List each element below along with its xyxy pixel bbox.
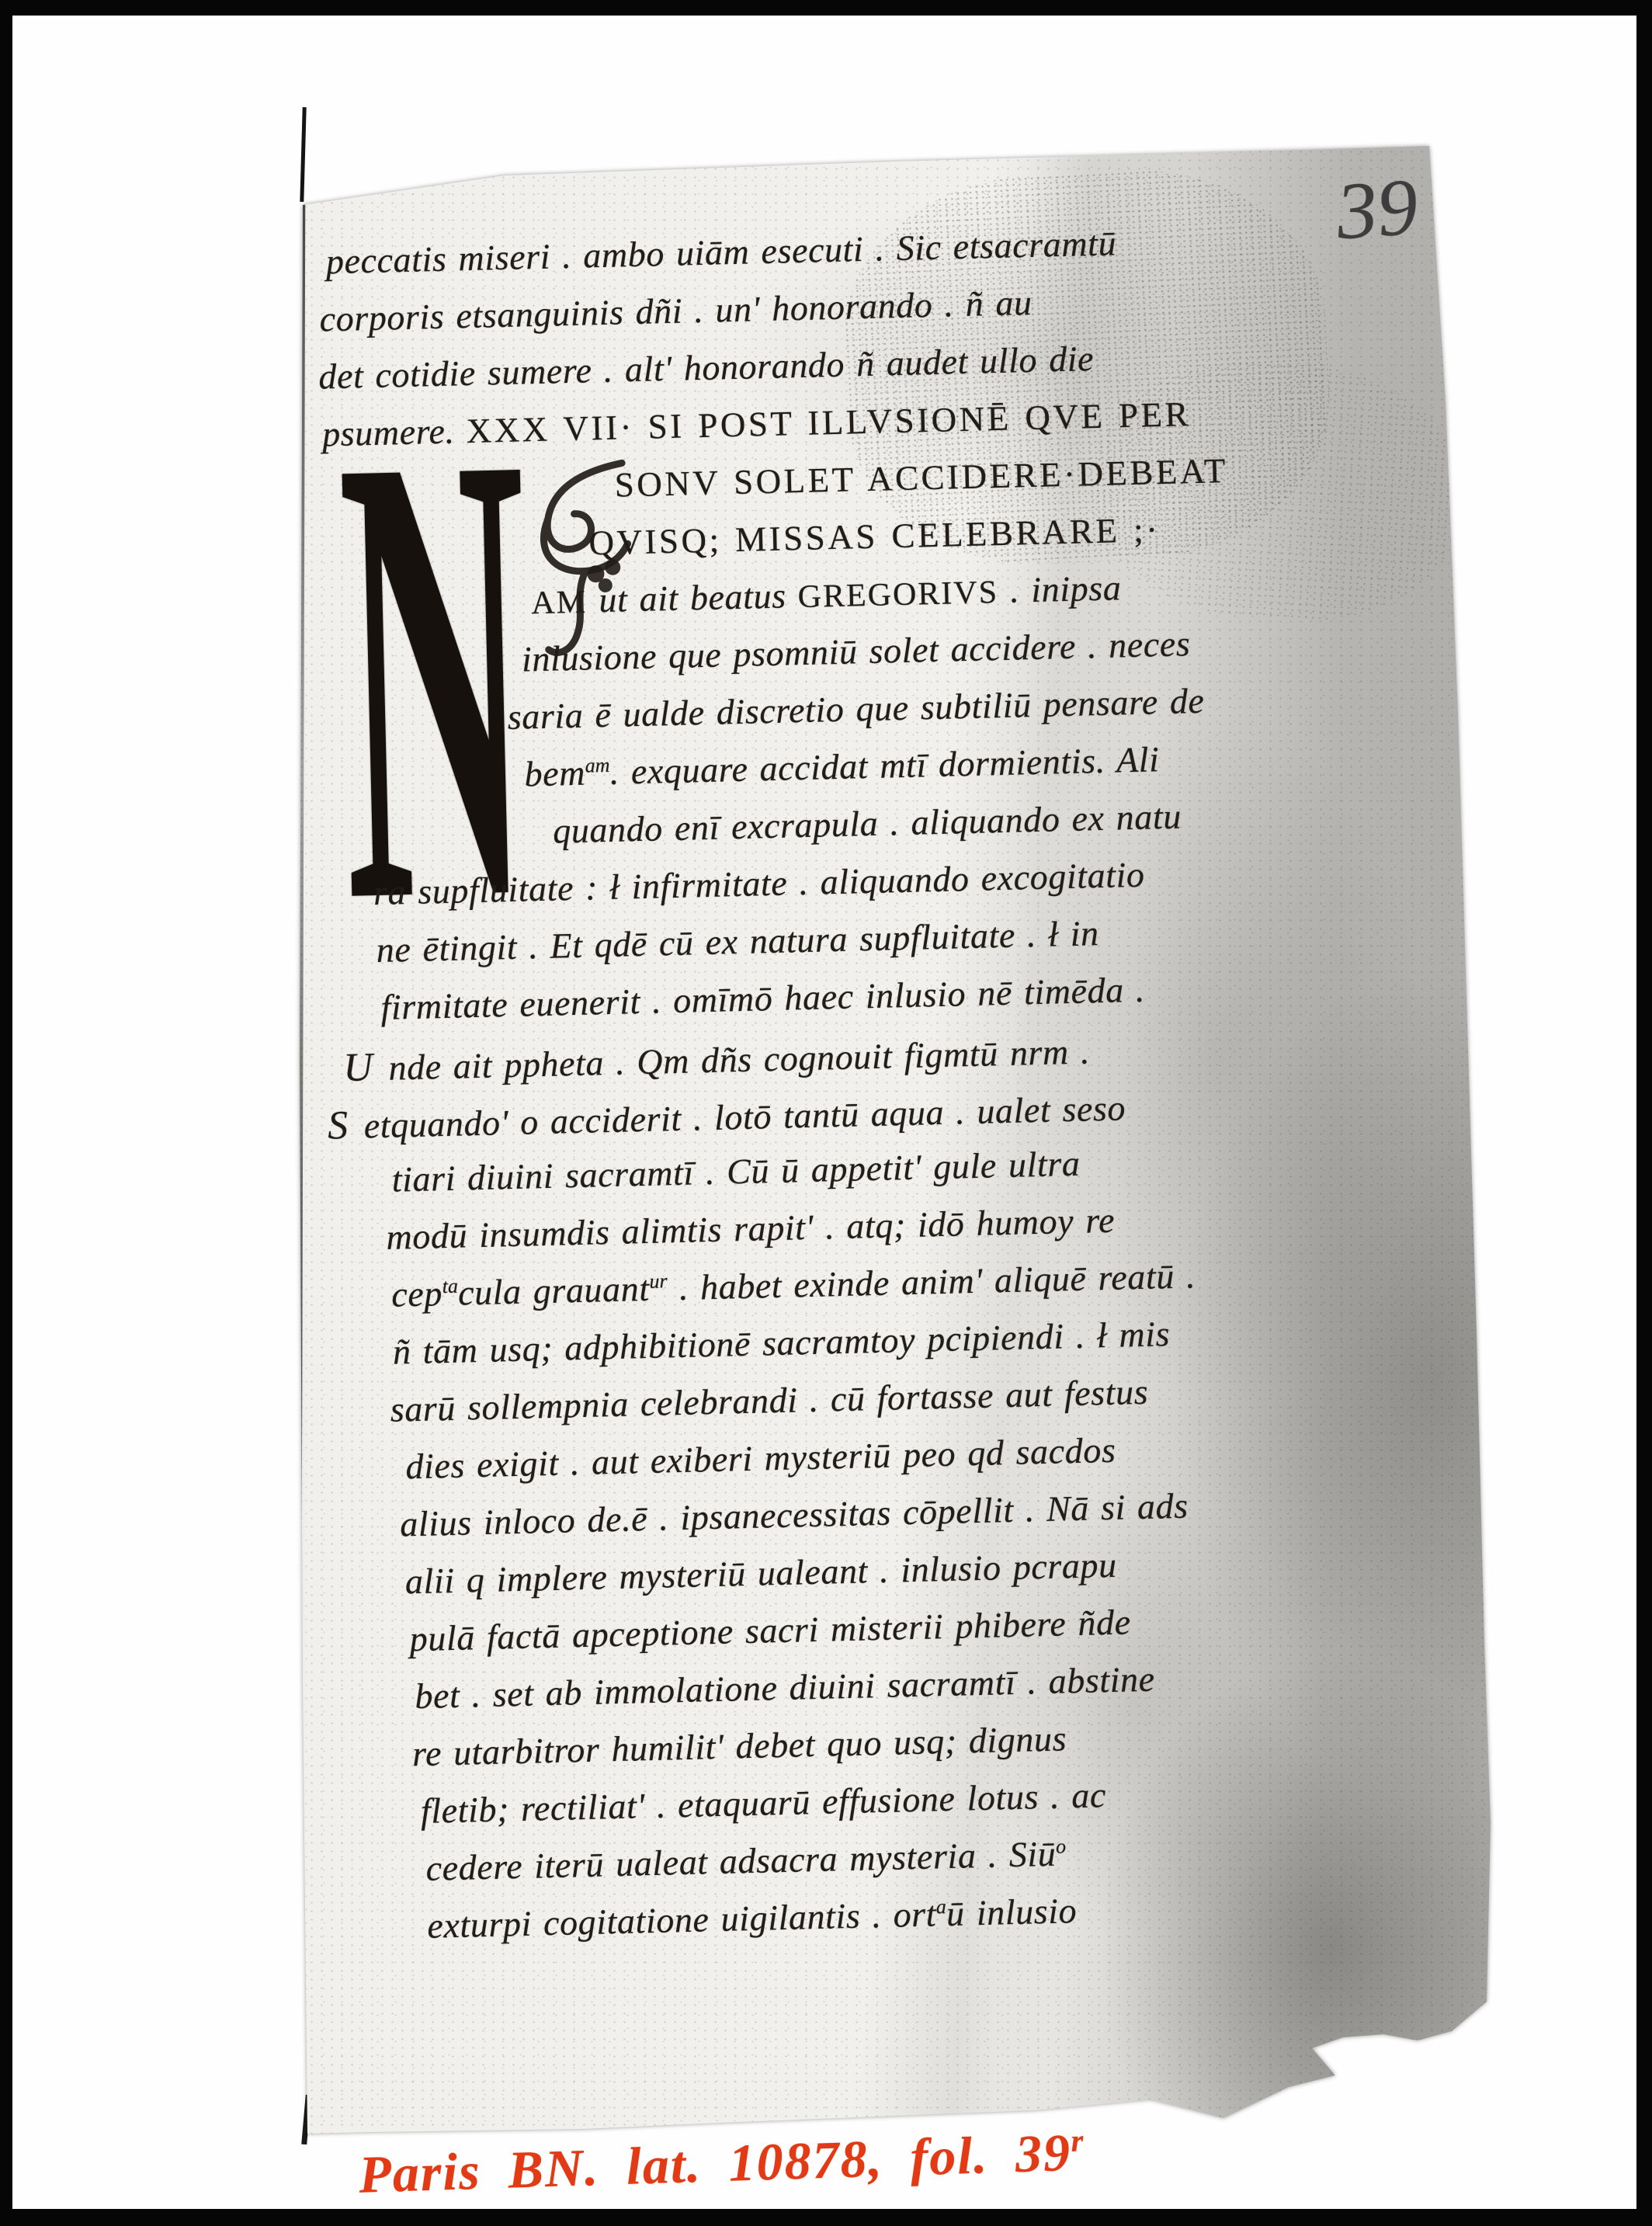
text-segment: exturpi cogitatione uigilantis . ort [427, 1894, 937, 1945]
manuscript-line-2: corporis etsanguinis dñi . un' honorando… [319, 285, 1032, 338]
scanned-photo: 39 N peccatis miseri . ambo u [0, 0, 1652, 2226]
text-segment: corporis etsanguinis dñi . un' honorando… [319, 283, 1032, 339]
manuscript-line-22: dies exigit . aut exiberi mysteriū peo q… [405, 1432, 1116, 1485]
manuscript-line-25: pulā factā apceptione sacri misterii phi… [409, 1604, 1131, 1657]
manuscript-line-26: bet . set ab immolatione diuini sacramtī… [415, 1662, 1155, 1714]
text-segment: am [585, 754, 609, 777]
manuscript-page-wrap: 39 N peccatis miseri . ambo u [256, 130, 1508, 2149]
text-segment: . exquare accidat mtī dormientis. Ali [609, 739, 1160, 792]
text-segment: cep [391, 1273, 443, 1314]
manuscript-line-15: Unde ait ppheta . Qm dñs cognouit figmtū… [343, 1030, 1091, 1089]
text-segment: . habet exinde anim' aliquē reatū . [667, 1255, 1196, 1307]
text-segment: SONV SOLET ACCIDERE·DEBEAT [614, 451, 1228, 505]
manuscript-line-11: quando enī excrapula . aliquando ex natu [553, 799, 1182, 849]
manuscript-line-20: ñ tām usq; adphibitionē sacramtoy pcipie… [392, 1316, 1170, 1370]
text-segment: etquando' o acciderit . lotō tantū aqua … [363, 1088, 1126, 1145]
manuscript-line-21: sarū sollempnia celebrandi . cū fortasse… [390, 1374, 1148, 1428]
text-segment: bet . set ab immolatione diuini sacramtī… [415, 1659, 1155, 1716]
manuscript-line-19: ceptacula grauantur . habet exinde anim'… [391, 1258, 1196, 1312]
manuscript-page: 39 N peccatis miseri . ambo u [256, 130, 1508, 2149]
text-block: N peccatis miseri . ambo uiām esecuti . … [255, 102, 1553, 2149]
manuscript-line-18: modū insumdis alimtis rapit' . atq; idō … [386, 1203, 1116, 1255]
manuscript-line-10: bemam. exquare accidat mtī dormientis. A… [524, 741, 1160, 792]
manuscript-line-29: cedere iterū ualeat adsacra mysteria . S… [425, 1835, 1067, 1886]
text-segment: psumere. [321, 411, 467, 453]
text-segment: dies exigit . aut exiberi mysteriū peo q… [405, 1430, 1116, 1487]
text-segment: peccatis miseri . ambo uiām esecuti . Si… [325, 223, 1116, 281]
text-segment: alii q implere mysteriū ualeant . inlusi… [404, 1545, 1117, 1602]
manuscript-line-27: re utarbitror humilit' debet quo usq; di… [412, 1721, 1067, 1772]
text-segment: ū inlusio [946, 1891, 1077, 1933]
text-segment: GREGORIVS [797, 575, 998, 615]
text-segment: U [343, 1045, 373, 1090]
text-segment: QVISQ; MISSAS CELEBRARE ;· [588, 510, 1161, 562]
text-segment: cedere iterū ualeat adsacra mysteria . S… [425, 1834, 1057, 1888]
text-segment: tiari diuini sacramtī . Cū ū appetit' gu… [391, 1144, 1081, 1200]
manuscript-line-24: alii q implere mysteriū ualeant . inlusi… [404, 1547, 1117, 1600]
text-segment: bem [524, 753, 586, 794]
caption-superscript: r [1071, 2123, 1085, 2158]
text-segment: quando enī excrapula . aliquando ex natu [553, 797, 1182, 851]
text-segment: ur [649, 1269, 668, 1293]
text-segment: re utarbitror humilit' debet quo usq; di… [412, 1718, 1067, 1773]
initial-letter-N: N [337, 462, 422, 894]
text-segment: modū insumdis alimtis rapit' . atq; idō … [386, 1200, 1116, 1257]
manuscript-line-1: peccatis miseri . ambo uiām esecuti . Si… [325, 225, 1116, 280]
manuscript-line-5: SONV SOLET ACCIDERE·DEBEAT [614, 453, 1228, 503]
text-segment: AM [531, 584, 599, 621]
text-segment: XXX VII· SI POST ILLVSIONĒ QVE PER [466, 394, 1192, 450]
manuscript-line-30: exturpi cogitatione uigilantis . ortaū i… [427, 1893, 1078, 1944]
text-segment: ñ tām usq; adphibitionē sacramtoy pcipie… [392, 1314, 1170, 1372]
text-segment: pulā factā apceptione sacri misterii phi… [409, 1602, 1131, 1658]
manuscript-line-9: saria ē ualde discretio que subtiliū pen… [507, 683, 1205, 735]
text-segment: o [1056, 1835, 1067, 1857]
text-segment: alius inloco de.ē . ipsanecessitas cōpel… [400, 1486, 1189, 1544]
manuscript-line-16: Setquando' o acciderit . lotō tantū aqua… [327, 1087, 1126, 1146]
manuscript-line-17: tiari diuini sacramtī . Cū ū appetit' gu… [391, 1146, 1081, 1198]
text-segment: nde ait ppheta . Qm dñs cognouit figmtū … [388, 1031, 1091, 1087]
text-segment: fletib; rectiliat' . etaquarū effusione … [420, 1775, 1106, 1831]
manuscript-line-23: alius inloco de.ē . ipsanecessitas cōpel… [400, 1488, 1189, 1543]
text-segment: cula grauant [457, 1269, 650, 1313]
text-segment: ta [442, 1275, 458, 1297]
text-segment: a [936, 1895, 947, 1918]
text-segment: S [327, 1103, 349, 1148]
text-segment: sarū sollempnia celebrandi . cū fortasse… [390, 1372, 1149, 1429]
text-segment: saria ē ualde discretio que subtiliū pen… [507, 681, 1205, 737]
text-segment: . inipsa [998, 568, 1122, 610]
manuscript-line-6: QVISQ; MISSAS CELEBRARE ;· [588, 512, 1161, 561]
text-segment: ut ait beatus [599, 575, 798, 620]
manuscript-line-28: fletib; rectiliat' . etaquarū effusione … [420, 1777, 1106, 1829]
